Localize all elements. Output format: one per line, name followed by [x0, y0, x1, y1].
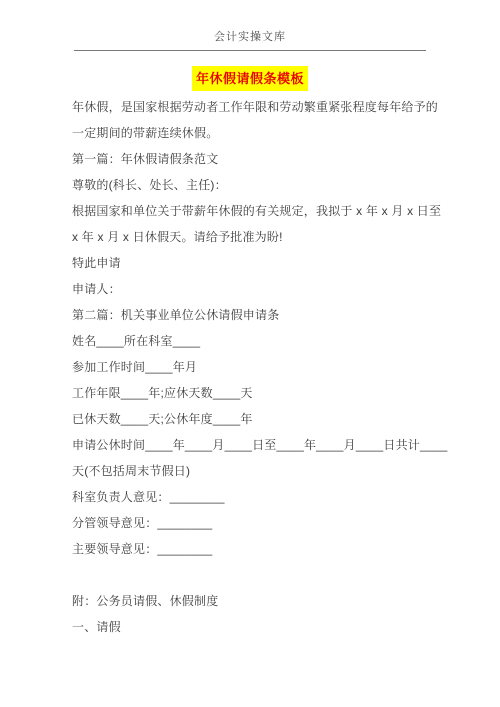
document-line: 天(不包括周末节假日) — [72, 458, 442, 484]
document-line: 根据国家和单位关于带薪年休假的有关规定，我拟于 x 年 x 月 x 日至 — [72, 198, 442, 224]
document-line: 一、请假 — [72, 614, 442, 640]
site-header: 会计实操文库 — [74, 0, 426, 51]
document-line: 主要领导意见：________ — [72, 536, 442, 562]
document-page: 会计实操文库 年休假请假条模板 年休假，是国家根据劳动者工作年限和劳动繁重紧张程… — [0, 0, 500, 707]
document-title-row: 年休假请假条模板 — [0, 66, 500, 91]
document-line: 第一篇：年休假请假条范文 — [72, 146, 442, 172]
document-line: 姓名____所在科室____ — [72, 328, 442, 354]
document-line: 特此申请 — [72, 250, 442, 276]
document-line: 申请公休时间____年____月____日至____年____月____日共计_… — [72, 432, 442, 458]
site-name: 会计实操文库 — [214, 31, 286, 43]
document-line: 科室负责人意见：________ — [72, 484, 442, 510]
document-line: 一定期间的带薪连续休假。 — [72, 120, 442, 146]
document-line: 已休天数____天;公休年度____年 — [72, 406, 442, 432]
document-line: 第二篇：机关事业单位公休请假申请条 — [72, 302, 442, 328]
document-line: 尊敬的(科长、处长、主任)： — [72, 172, 442, 198]
document-line: 年休假，是国家根据劳动者工作年限和劳动繁重紧张程度每年给予的 — [72, 94, 442, 120]
document-line: 参加工作时间____年月 — [72, 354, 442, 380]
document-line: x 年 x 月 x 日休假天。请给予批准为盼! — [72, 224, 442, 250]
document-line: 附：公务员请假、休假制度 — [72, 588, 442, 614]
document-line: 申请人： — [72, 276, 442, 302]
document-line: 工作年限____年;应休天数____天 — [72, 380, 442, 406]
document-line-blank — [72, 562, 442, 588]
document-line: 分管领导意见：________ — [72, 510, 442, 536]
document-body: 年休假，是国家根据劳动者工作年限和劳动繁重紧张程度每年给予的 一定期间的带薪连续… — [72, 94, 442, 640]
document-title: 年休假请假条模板 — [192, 66, 308, 91]
